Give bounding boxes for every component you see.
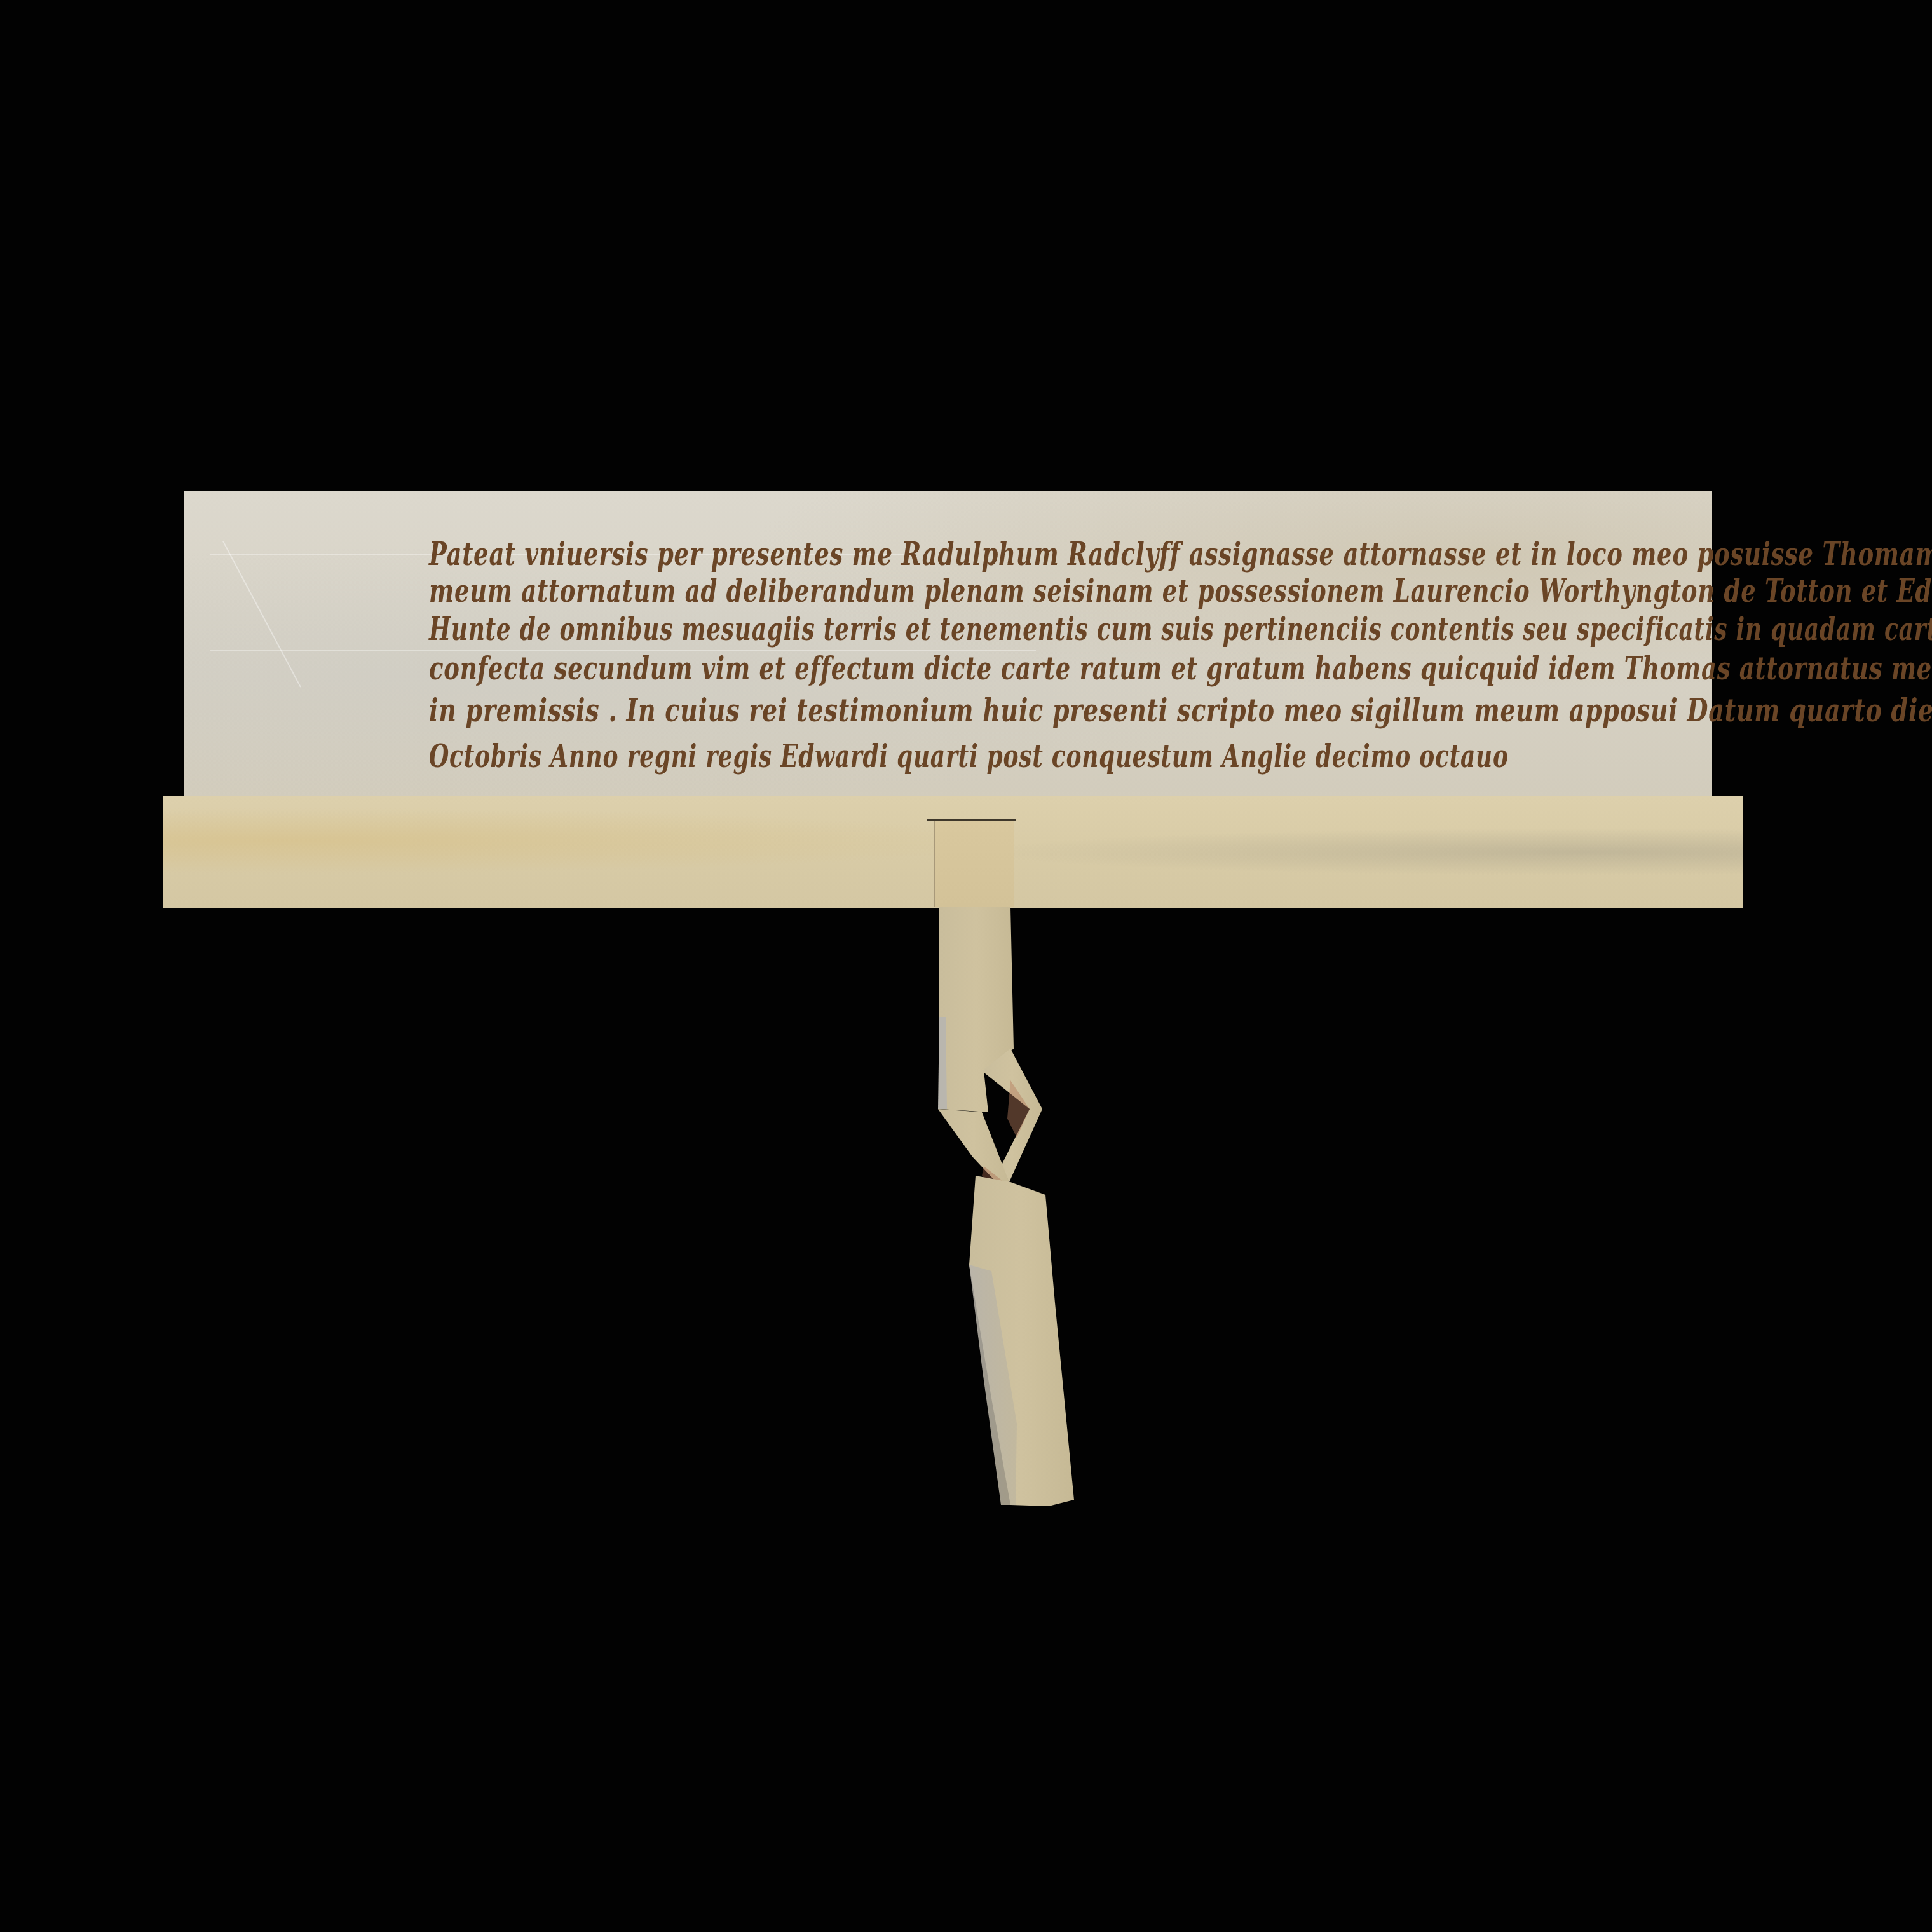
scan-background: Pateat vniuersis per presentes me Radulp… [0, 0, 1932, 1932]
parchment-tag [0, 0, 1932, 1932]
tag-twist-left [938, 1109, 1009, 1187]
